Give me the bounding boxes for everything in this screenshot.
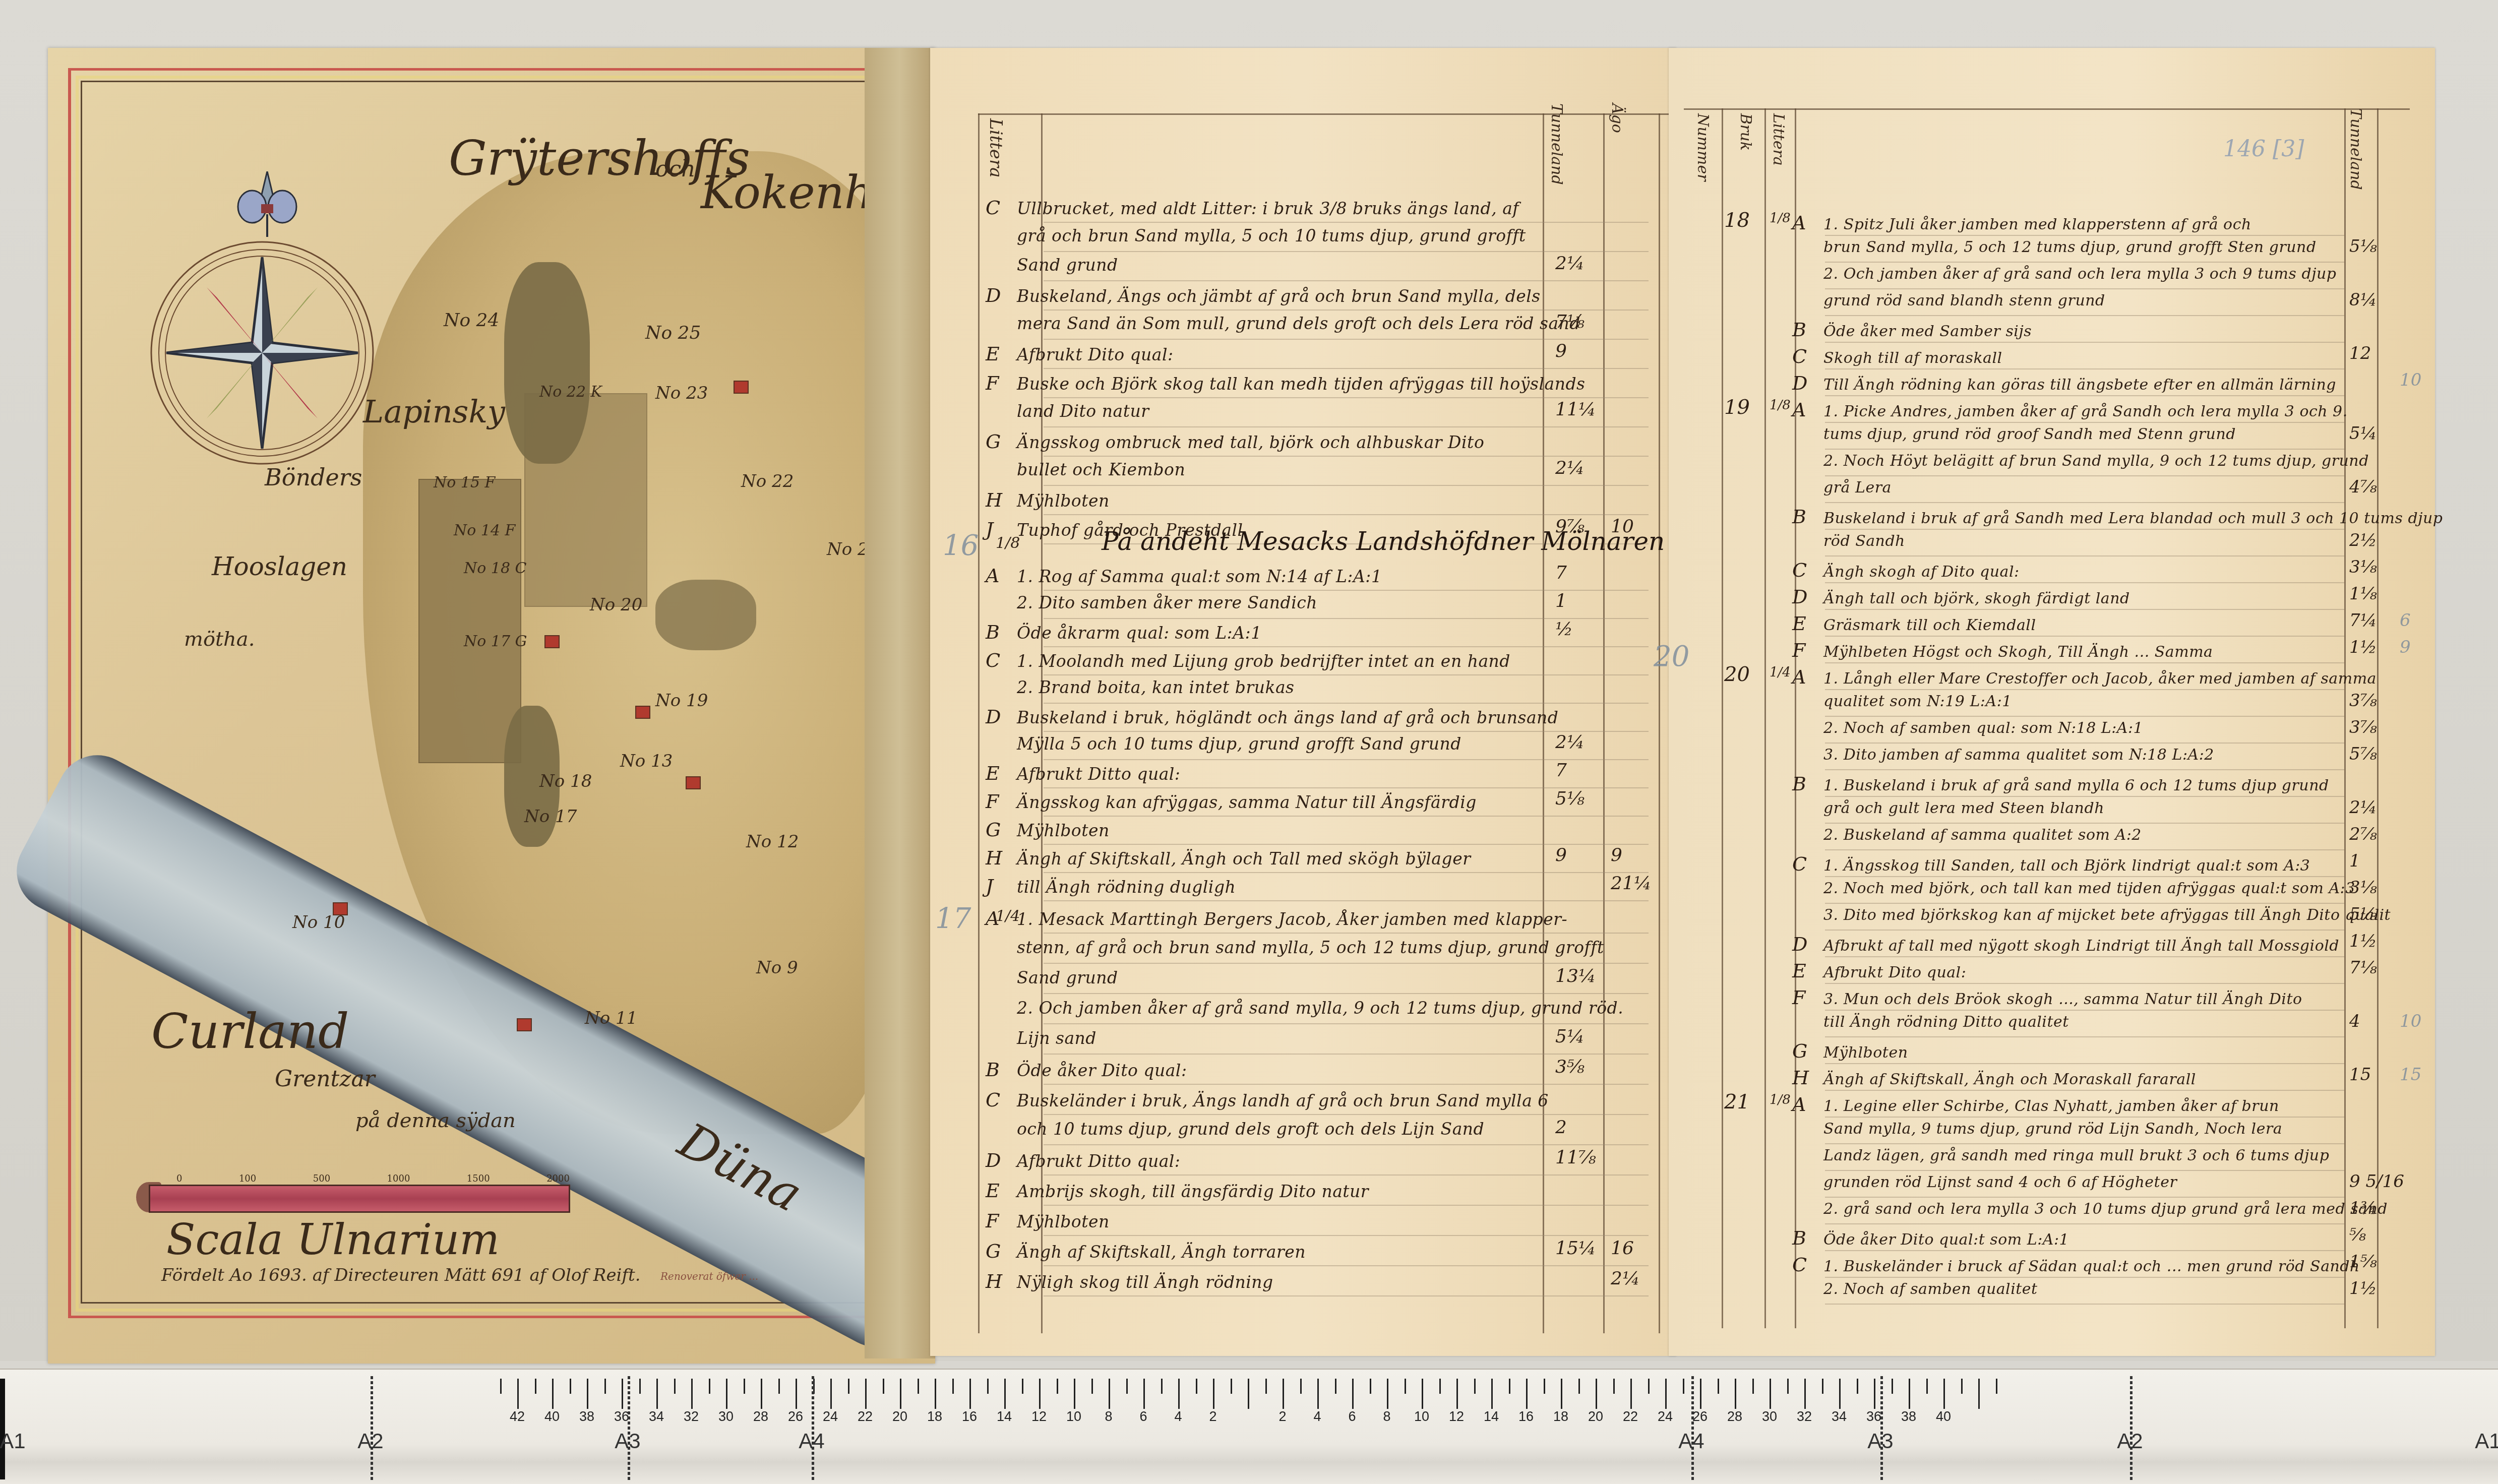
entry-letter: F [1792,986,1823,1009]
entry-text: 1. Legine eller Schirbe, Clas Nyhatt, ja… [1823,1097,2279,1115]
entry-text: Afbrukt Ditto qual: [1017,1151,1180,1171]
ruler-tick [1787,1379,1789,1394]
ruler-tick [1596,1379,1597,1409]
ruler-tick [1300,1379,1302,1394]
ruled-line [1044,993,1649,994]
entry-extra-value: 15 [2400,1065,2421,1085]
ledger-entry: grå Lera [1792,479,1892,497]
ruler-tick [1039,1379,1041,1409]
ledger-entry: C1. Buskeländer i bruck af Sädan qual:t … [1792,1254,2360,1276]
entry-extra-value: 9 [1611,845,1622,865]
ruler-tick [1718,1379,1719,1394]
ruler-tick [900,1379,901,1409]
ruler-tick [1057,1379,1058,1394]
column-rule [2377,108,2379,1328]
ruler-tick [1700,1379,1701,1409]
entry-value: 5⅞ [2349,744,2377,764]
parcel-number-label: No 14 F [454,522,515,539]
ruler-tick [1126,1379,1128,1394]
ruler-tick-label: 22 [858,1409,873,1425]
entry-value: 1¾ [2349,1198,2377,1218]
entry-text: Mÿhlboten [1017,821,1110,840]
ruled-line [1825,555,2344,556]
ledger-entry: 3. Dito med björkskog kan af mijcket bet… [1792,906,2391,924]
parcel-number-label: No 22 K [539,383,602,401]
parcel-number-label: No 10 [292,912,345,933]
entry-text: 2. Noch af samben qualitet [1823,1280,2038,1298]
entry-letter: C [1792,559,1823,581]
column-rule [1795,108,1796,1328]
ledger-entry: 3. Dito jamben af samma qualitet som N:1… [1792,746,2214,764]
ruler-tick [1839,1379,1841,1409]
entry-text: Gräsmark till och Kiemdall [1823,616,2036,634]
entry-letter: D [1792,586,1823,608]
map-label-bonders: Bönders [265,464,362,491]
column-header-littera: Littera [1770,113,1787,166]
entry-text: 2. Och jamben åker af grå sand mylla, 9 … [1017,998,1623,1018]
entry-bruk: 1/8 [1770,398,1791,413]
parcel-number-label: No 18 [539,771,592,791]
ruler-tick [830,1379,832,1409]
ledger-entry: DAfbrukt af tall med nÿgott skogh Lindri… [1792,933,2339,955]
entry-text: land Dito natur [1017,401,1149,421]
ledger-entry: CSkogh till af moraskall [1792,345,2002,367]
ruler-tick-label: 40 [1936,1409,1951,1425]
entry-letter: B [986,621,1017,643]
entry-value: 1½ [2349,931,2377,951]
ruler-tick-label: 18 [927,1409,942,1425]
entry-text: Ängh af Skiftskall, Ängh och Moraskall f… [1823,1071,2196,1088]
entry-text: och 10 tums djup, grund dels groft och d… [1017,1119,1484,1139]
entry-text: Ängh skogh af Dito qual: [1823,563,2020,581]
entry-text: Öde åker Dito qual:t som L:A:1 [1823,1231,2069,1249]
entry-value: 5¼ [2349,423,2377,444]
ledger-entry: HNÿligh skog till Ängh rödning [986,1270,1273,1292]
ruler-tick-label: 8 [1383,1409,1390,1425]
ruler-tick [1752,1379,1754,1394]
ruler-tick [918,1379,919,1394]
ruler-tick [1004,1379,1006,1409]
parcel-number-label: No 23 [655,383,708,403]
ruled-line [1825,1117,2344,1118]
ruler-tick [500,1379,502,1394]
entry-text: 1. Buskeländer i bruck af Sädan qual:t o… [1823,1258,2360,1275]
ruled-line [1044,339,1649,340]
ledger-entry: HMÿhlboten [986,489,1110,511]
ruled-line [1825,983,2344,984]
entry-value: 12 [2349,343,2371,363]
ruled-line [1825,1090,2344,1091]
entry-text: Mÿhlboten [1823,1044,1908,1062]
ledger-entry: 2. Dito samben åker mere Sandich [986,593,1317,612]
ruler-tick-label: 4 [1313,1409,1321,1425]
entry-letter: F [986,1210,1017,1232]
entry-letter: F [986,372,1017,394]
ruler-tick [1909,1379,1910,1409]
ledger-entry: C1. Moolandh med Lijung grob bedrijfter … [986,649,1510,671]
ruled-line [1825,1250,2344,1251]
ruled-line [1044,456,1649,457]
entry-value: 3⅝ [1555,1057,1585,1077]
parcel-number-label: No 17 [524,807,577,827]
entry-letter: H [986,847,1017,869]
entry-nummer: 20 [1724,663,1750,686]
entry-text: Ängh af Skiftskall, Ängh och Tall med sk… [1017,849,1471,869]
lake-shape [504,262,590,464]
ledger-entry: qualitet som N:19 L:A:1 [1792,693,2012,710]
ruler-tick [1422,1379,1423,1409]
ruled-line [1825,235,2344,236]
ledger-entry: EAmbrijs skogh, till ängsfärdig Dito nat… [986,1180,1369,1202]
ruled-line [1825,956,2344,957]
ledger-entry: A1. Spitz Juli åker jamben med klapperst… [1792,212,2251,234]
ruler-tick [1161,1379,1163,1394]
ledger-entry: BBuskeland i bruk af grå Sandh med Lera … [1792,506,2443,528]
ledger-entry: HÄngh af Skiftskall, Ängh och Tall med s… [986,847,1471,869]
ruler-tick [952,1379,954,1394]
entry-text: Buskeland i bruk af grå Sandh med Lera b… [1823,510,2443,527]
parcel-number-label: No 25 [645,323,701,343]
parcel-number-label: No 15 F [434,474,495,491]
entry-extra-value: 9 [2400,637,2411,657]
ruler-tick [1630,1379,1632,1409]
ruler-tick-label: 20 [892,1409,907,1425]
surveyor-signature: Fördelt Ao 1693. af Directeuren Mätt 691… [161,1265,640,1285]
ledger-entry: DTill Ängh rödning kan göras till ängsbe… [1792,372,2336,394]
ruler-tick-label: 28 [1727,1409,1742,1425]
ruled-line [1044,674,1649,675]
entry-text: Till Ängh rödning kan göras till ängsbet… [1823,376,2336,394]
entry-letter: C [1792,853,1823,875]
ledger-entry: EAfbrukt Ditto qual: [986,762,1180,784]
ruler-tick [1474,1379,1476,1394]
ruled-line [1044,280,1649,281]
archive-catalog-stamp: 146 [3] [2223,136,2304,162]
entry-text: till Ängh rödning Ditto qualitet [1823,1013,2069,1031]
ruled-line [1825,342,2344,343]
column-header-nummer: Nummer [1694,113,1712,181]
entry-text: 2. Noch af samben qual: som N:18 L:A:1 [1823,719,2143,737]
ledger-entry: 2. grå sand och lera mylla 3 och 10 tums… [1792,1200,2388,1218]
ledger-entry: 2. Och jamben åker af grå sand och lera … [1792,265,2337,283]
ledger-entry: CUllbrucket, med aldt Litter: i bruk 3/8… [986,197,1519,219]
ruler-tick [587,1379,588,1409]
entry-letter: G [986,819,1017,841]
ruler-tick [1943,1379,1945,1409]
ruler-tick [1735,1379,1736,1409]
ruler-tick-label: 4 [1174,1409,1182,1425]
entry-letter: A [986,565,1017,587]
ruled-line [1825,636,2344,637]
renovation-note: Renoverat öfwer ... [660,1270,758,1282]
entry-value: 2¼ [1555,732,1585,753]
ruler-tick [1804,1379,1806,1409]
ruler-tick [1143,1379,1145,1409]
pond-shape [655,580,756,650]
entry-letter: C [1792,345,1823,367]
entry-value: 5⅛ [2349,236,2377,257]
entry-value: 9 5/16 [2349,1171,2404,1192]
paper-size-label: A2 [2117,1429,2143,1453]
ruler-tick-label: 22 [1623,1409,1638,1425]
entry-value: 5⅛ [1555,788,1585,809]
entry-text: 2. Dito samben åker mere Sandich [1017,593,1317,612]
ledger-entry: CBuskeländer i bruk, Ängs landh af grå o… [986,1089,1549,1111]
ruler-tick [1978,1379,1980,1409]
ruled-line [1044,1023,1649,1024]
ledger-entry: röd Sandh [1792,532,1905,550]
ruler-tick [1857,1379,1858,1394]
ruler-tick [674,1379,676,1394]
paper-size-label: A1 [0,1429,26,1453]
ledger-entry: Mÿlla 5 och 10 tums djup, grund grofft S… [986,734,1461,754]
ruler-tick [1265,1379,1267,1394]
ruled-line [1044,1144,1649,1145]
ledger-entry: 2. Noch med björk, och tall kan med tijd… [1792,880,2355,897]
entry-text: Buskeland, Ängs och jämbt af grå och bru… [1017,286,1541,306]
entry-value: 1½ [2349,637,2377,657]
entry-extra-value: 6 [2400,610,2411,631]
ledger-entry: A1. Rog af Samma qual:t som N:14 af L:A:… [986,565,1382,587]
entry-text: Öde åker med Samber sijs [1823,323,2032,340]
entry-value: 7⅛ [2349,958,2377,978]
ledger-entry: A1. Långh eller Mare Crestoffer och Jaco… [1792,666,2377,688]
scale-tick-label: 100 [239,1173,256,1184]
ledger-entry: DÄngh tall och björk, skogh färdigt land [1792,586,2130,608]
entry-letter: H [1792,1067,1823,1089]
entry-letter: C [986,649,1017,671]
ruler-tick [1370,1379,1371,1394]
entry-text: röd Sandh [1823,532,1905,550]
ledger-entry: Landz lägen, grå sandh med ringa mull br… [1792,1147,2329,1164]
ledger-entry: mera Sand än Som mull, grund dels groft … [986,314,1580,333]
entry-text: Afbrukt Ditto qual: [1017,764,1180,784]
ruled-line [1044,703,1649,704]
entry-value: 3⅞ [2349,691,2377,711]
entry-text: Öde åkrarm qual: som L:A:1 [1017,623,1262,643]
ruler-tick [761,1379,762,1409]
entry-value: 7⅛ [1555,312,1585,332]
ruler-tick [744,1379,745,1394]
entry-extra-value: 10 [2400,370,2421,390]
ledger-entry: CÄngh skogh af Dito qual: [1792,559,2020,581]
entry-value: 4 [2349,1011,2360,1031]
ledger-entry: 2. Buskeland af samma qualitet som A:2 [1792,826,2142,844]
ledger-entry: brun Sand mylla, 5 och 12 tums djup, gru… [1792,238,2317,256]
ledger-entry: land Dito natur [986,401,1149,421]
ledger-entry: A1. Picke Andres, jamben åker af grå San… [1792,399,2348,421]
ruler-tick [570,1379,571,1394]
entry-text: Buskeländer i bruk, Ängs landh af grå oc… [1017,1091,1549,1110]
entry-value: 2 [1555,1117,1567,1138]
farmhouse-icon [734,381,749,394]
ruler-tick [604,1379,606,1394]
entry-text: 1. Moolandh med Lijung grob bedrijfter i… [1017,651,1510,671]
parcel-number-label: No 11 [585,1008,637,1028]
ruler-tick [1283,1379,1284,1409]
entry-value: 2⅞ [2349,824,2377,844]
entry-text: bullet och Kiembon [1017,460,1185,479]
entry-value: 1 [1555,591,1567,611]
ledger-entry: HÄngh af Skiftskall, Ängh och Moraskall … [1792,1067,2196,1089]
ruled-line [1825,930,2344,931]
parcel-number-label: No 12 [746,832,799,852]
ruled-line [1825,1063,2344,1064]
header-rule [978,113,1674,115]
entry-text: Öde åker Dito qual: [1017,1061,1187,1080]
column-header-tunneland: Tunneland [1548,103,1565,185]
ruler-tick [622,1379,623,1409]
entry-text: 1. Buskeland i bruk af grå sand mylla 6 … [1823,777,2329,794]
ruled-line [1044,872,1649,873]
entry-text: grå och gult lera med Steen blandh [1823,799,2104,817]
ruler-tick-label: 42 [510,1409,525,1425]
entry-text: 2. grå sand och lera mylla 3 och 10 tums… [1823,1200,2388,1218]
map-label-pa-denna-sydan: på denna sÿdan [355,1109,516,1132]
ruled-line [1044,251,1649,252]
entry-nummer: 18 [1724,209,1750,232]
column-header-ago: Ägo [1608,103,1626,133]
ruled-line [1825,262,2344,263]
entry-value: 13¼ [1555,966,1596,986]
entry-value: 8¼ [2349,290,2377,310]
ruler-tick [1335,1379,1336,1394]
entry-letter: A [1792,212,1823,234]
entry-value: ½ [1555,619,1573,640]
ruled-line [1825,903,2344,904]
ruler-tick [1578,1379,1580,1394]
entry-letter: C [986,197,1017,219]
ruled-line [1044,1265,1649,1266]
ruler-tick-label: 8 [1105,1409,1112,1425]
entry-value: 2¼ [1555,458,1585,478]
scale-bar [149,1185,570,1213]
ruled-line [1825,609,2344,610]
ruler-tick-label: 32 [684,1409,699,1425]
ledger-entry: Sand grund [986,968,1118,987]
ruler-tick [796,1379,797,1409]
entry-text: 1. Spitz Juli åker jamben med klapperste… [1823,216,2251,233]
ruler-tick [691,1379,693,1409]
ruler-tick [1213,1379,1214,1409]
parcel-number-label: No 24 [444,310,499,331]
entry-letter: A [1792,399,1823,421]
scale-tick-label: 1500 [467,1173,490,1184]
entry-value: 2½ [2349,530,2377,550]
ruler-tick [1892,1379,1893,1394]
entry-text: 2. Noch Höyt belägitt af brun Sand mylla… [1823,452,2369,470]
ruled-line [1825,582,2344,583]
column-rule [1722,108,1723,1328]
ruled-line [1044,646,1649,647]
ruled-line [1825,796,2344,797]
ledger-entry: grund röd sand blandh stenn grund [1792,292,2105,310]
farmhouse-icon [544,635,560,648]
farmhouse-icon [517,1018,532,1031]
ruler-tick-label: 10 [1414,1409,1429,1425]
map-label-motha: möthа. [184,628,255,651]
ruled-line [1825,368,2344,369]
ruler-tick [709,1379,710,1394]
ruler-tick-label: 34 [649,1409,664,1425]
ruler-tick [1526,1379,1528,1409]
entry-letter: H [986,1270,1017,1292]
ruled-line [1825,1036,2344,1037]
ruler-tick-label: 38 [1901,1409,1916,1425]
ledger-entry: BÖde åker med Samber sijs [1792,319,2032,341]
ruled-line [1044,1054,1649,1055]
ruler-tick-label: 30 [718,1409,734,1425]
ruled-line [1044,222,1649,223]
column-rule [978,113,980,1333]
entry-text: Sand grund [1017,255,1118,275]
entry-value: 11⅞ [1555,1147,1596,1168]
ruler-tick [1317,1379,1319,1409]
margin-number: 16 [943,529,979,562]
entry-text: Nÿligh skog till Ängh rödning [1017,1272,1273,1292]
entry-value: 5⅛ [2349,904,2377,924]
ruled-line [1825,1277,2344,1278]
ruler-tick [1387,1379,1388,1409]
ledger-entry: Sand mylla, 9 tums djup, grund röd Lijn … [1792,1120,2282,1138]
ruler-tick-label: 36 [1866,1409,1881,1425]
compass-rose-icon [146,237,378,469]
entry-value: 3⅛ [2349,557,2377,577]
ruled-line [1044,933,1649,934]
margin-number: 20 [1654,640,1689,673]
ruler-tick [1405,1379,1406,1394]
binding-spine [865,48,935,1358]
entry-letter: F [1792,639,1823,661]
map-title-conjunction: och [655,156,695,182]
entry-value: 1⅝ [2349,1252,2377,1272]
entry-value: 4⅞ [2349,477,2377,497]
parcel-number-label: No 9 [756,958,798,978]
entry-letter: C [986,1089,1017,1111]
scale-tick-label: 2000 [546,1173,570,1184]
entry-text: Mÿhlbeten Högst och Skogh, Till Ängh ...… [1823,643,2213,661]
ledger-entry: FMÿhlbeten Högst och Skogh, Till Ängh ..… [1792,639,2213,661]
entry-text: grund röd sand blandh stenn grund [1823,292,2105,310]
ruler-tick [935,1379,936,1409]
ruler-tick [1561,1379,1562,1409]
ruler-tick-label: 26 [788,1409,803,1425]
entry-text: Ängsskog kan afrÿggas, samma Natur till … [1017,792,1477,812]
ruled-line [1044,368,1649,369]
ledger-entry: bullet och Kiembon [986,460,1185,479]
header-rule [1684,108,2410,110]
entry-text: 3. Dito jamben af samma qualitet som N:1… [1823,746,2214,764]
ledger-entry: grå och gult lera med Steen blandh [1792,799,2104,817]
ruler-tick [1926,1379,1928,1394]
ruled-line [1044,963,1649,964]
entry-letter: G [1792,1040,1823,1062]
ruler-tick-label: 10 [1066,1409,1081,1425]
scale-tick-label: 0 [176,1173,182,1184]
map-label-grentzar: Grentzar [275,1066,375,1092]
entry-extra-value: 2¼ [1611,1268,1640,1289]
ruler-tick-label: 20 [1588,1409,1603,1425]
entry-text: Ängsskog ombruck med tall, björk och alh… [1017,432,1484,452]
ledger-entry: grunden röd Lijnst sand 4 och 6 af Höghe… [1792,1173,2177,1191]
ruled-line [1825,475,2344,476]
ruled-line [1044,900,1649,901]
ruler-tick-label: 24 [1658,1409,1673,1425]
ledger-entry: stenn, af grå och brun sand mylla, 5 och… [986,938,1604,957]
entry-letter: A [1792,1093,1823,1116]
entry-text: Buskeland i bruk, högländt och ängs land… [1017,708,1558,727]
column-header-littera: Littera [986,118,1006,177]
